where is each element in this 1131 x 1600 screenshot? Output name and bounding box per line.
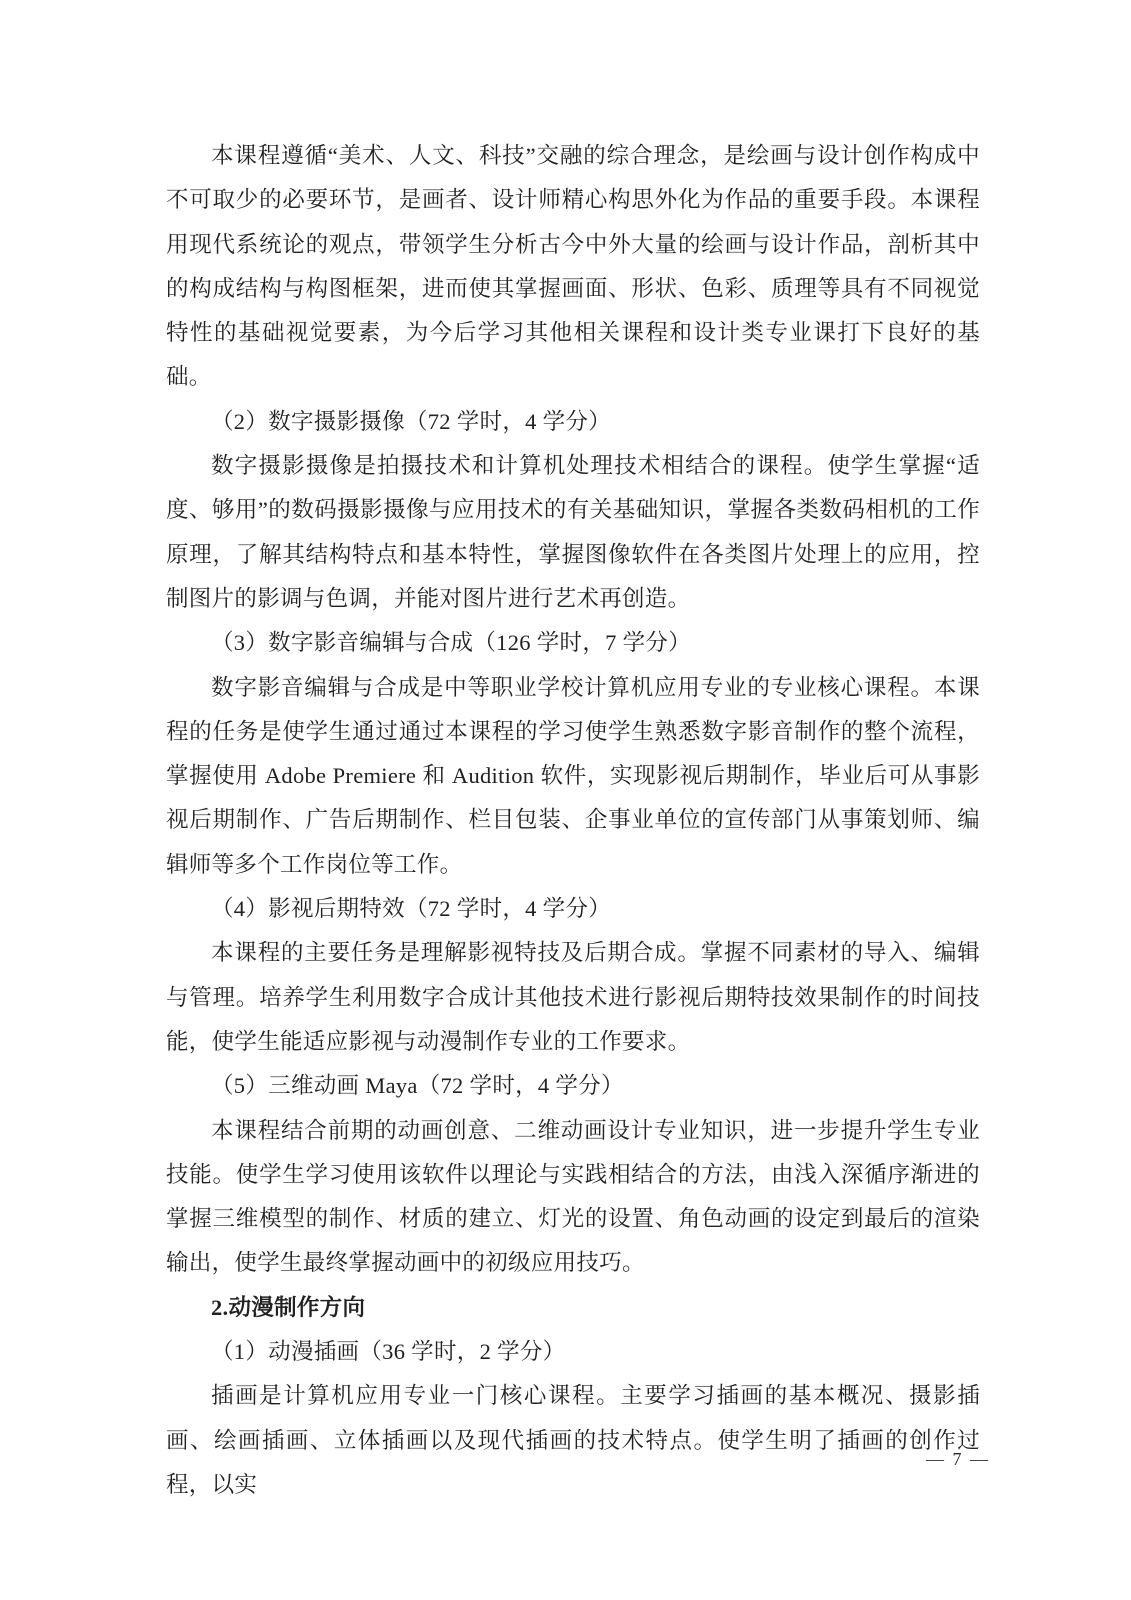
paragraph-digital-photography: 数字摄影摄像是拍摄技术和计算机处理技术相结合的课程。使学生掌握“适度、够用”的数… bbox=[166, 444, 980, 621]
course-heading-digital-photography: （2）数字摄影摄像（72 学时，4 学分） bbox=[166, 400, 980, 444]
paragraph-animation-illustration: 插画是计算机应用专业一门核心课程。主要学习插画的基本概况、摄影插画、绘画插画、立… bbox=[166, 1374, 980, 1507]
paragraph-maya-3d: 本课程结合前期的动画创意、二维动画设计专业知识，进一步提升学生专业技能。使学生学… bbox=[166, 1109, 980, 1286]
page-number: — 7 — bbox=[926, 1446, 990, 1472]
section-heading-animation-direction: 2.动漫制作方向 bbox=[166, 1286, 980, 1330]
paragraph-post-effects: 本课程的主要任务是理解影视特技及后期合成。掌握不同素材的导入、编辑与管理。培养学… bbox=[166, 931, 980, 1064]
document-body: 本课程遵循“美术、人文、科技”交融的综合理念，是绘画与设计创作构成中不可取少的必… bbox=[166, 134, 980, 1507]
course-heading-post-effects: （4）影视后期特效（72 学时，4 学分） bbox=[166, 887, 980, 931]
course-heading-maya-3d: （5）三维动画 Maya（72 学时，4 学分） bbox=[166, 1064, 980, 1108]
paragraph-av-editing: 数字影音编辑与合成是中等职业学校计算机应用专业的专业核心课程。本课程的任务是使学… bbox=[166, 666, 980, 887]
paragraph-course-intro-drawing: 本课程遵循“美术、人文、科技”交融的综合理念，是绘画与设计创作构成中不可取少的必… bbox=[166, 134, 980, 400]
document-page: 本课程遵循“美术、人文、科技”交融的综合理念，是绘画与设计创作构成中不可取少的必… bbox=[0, 0, 1131, 1600]
course-heading-animation-illustration: （1）动漫插画（36 学时，2 学分） bbox=[166, 1330, 980, 1374]
course-heading-av-editing: （3）数字影音编辑与合成（126 学时，7 学分） bbox=[166, 621, 980, 665]
